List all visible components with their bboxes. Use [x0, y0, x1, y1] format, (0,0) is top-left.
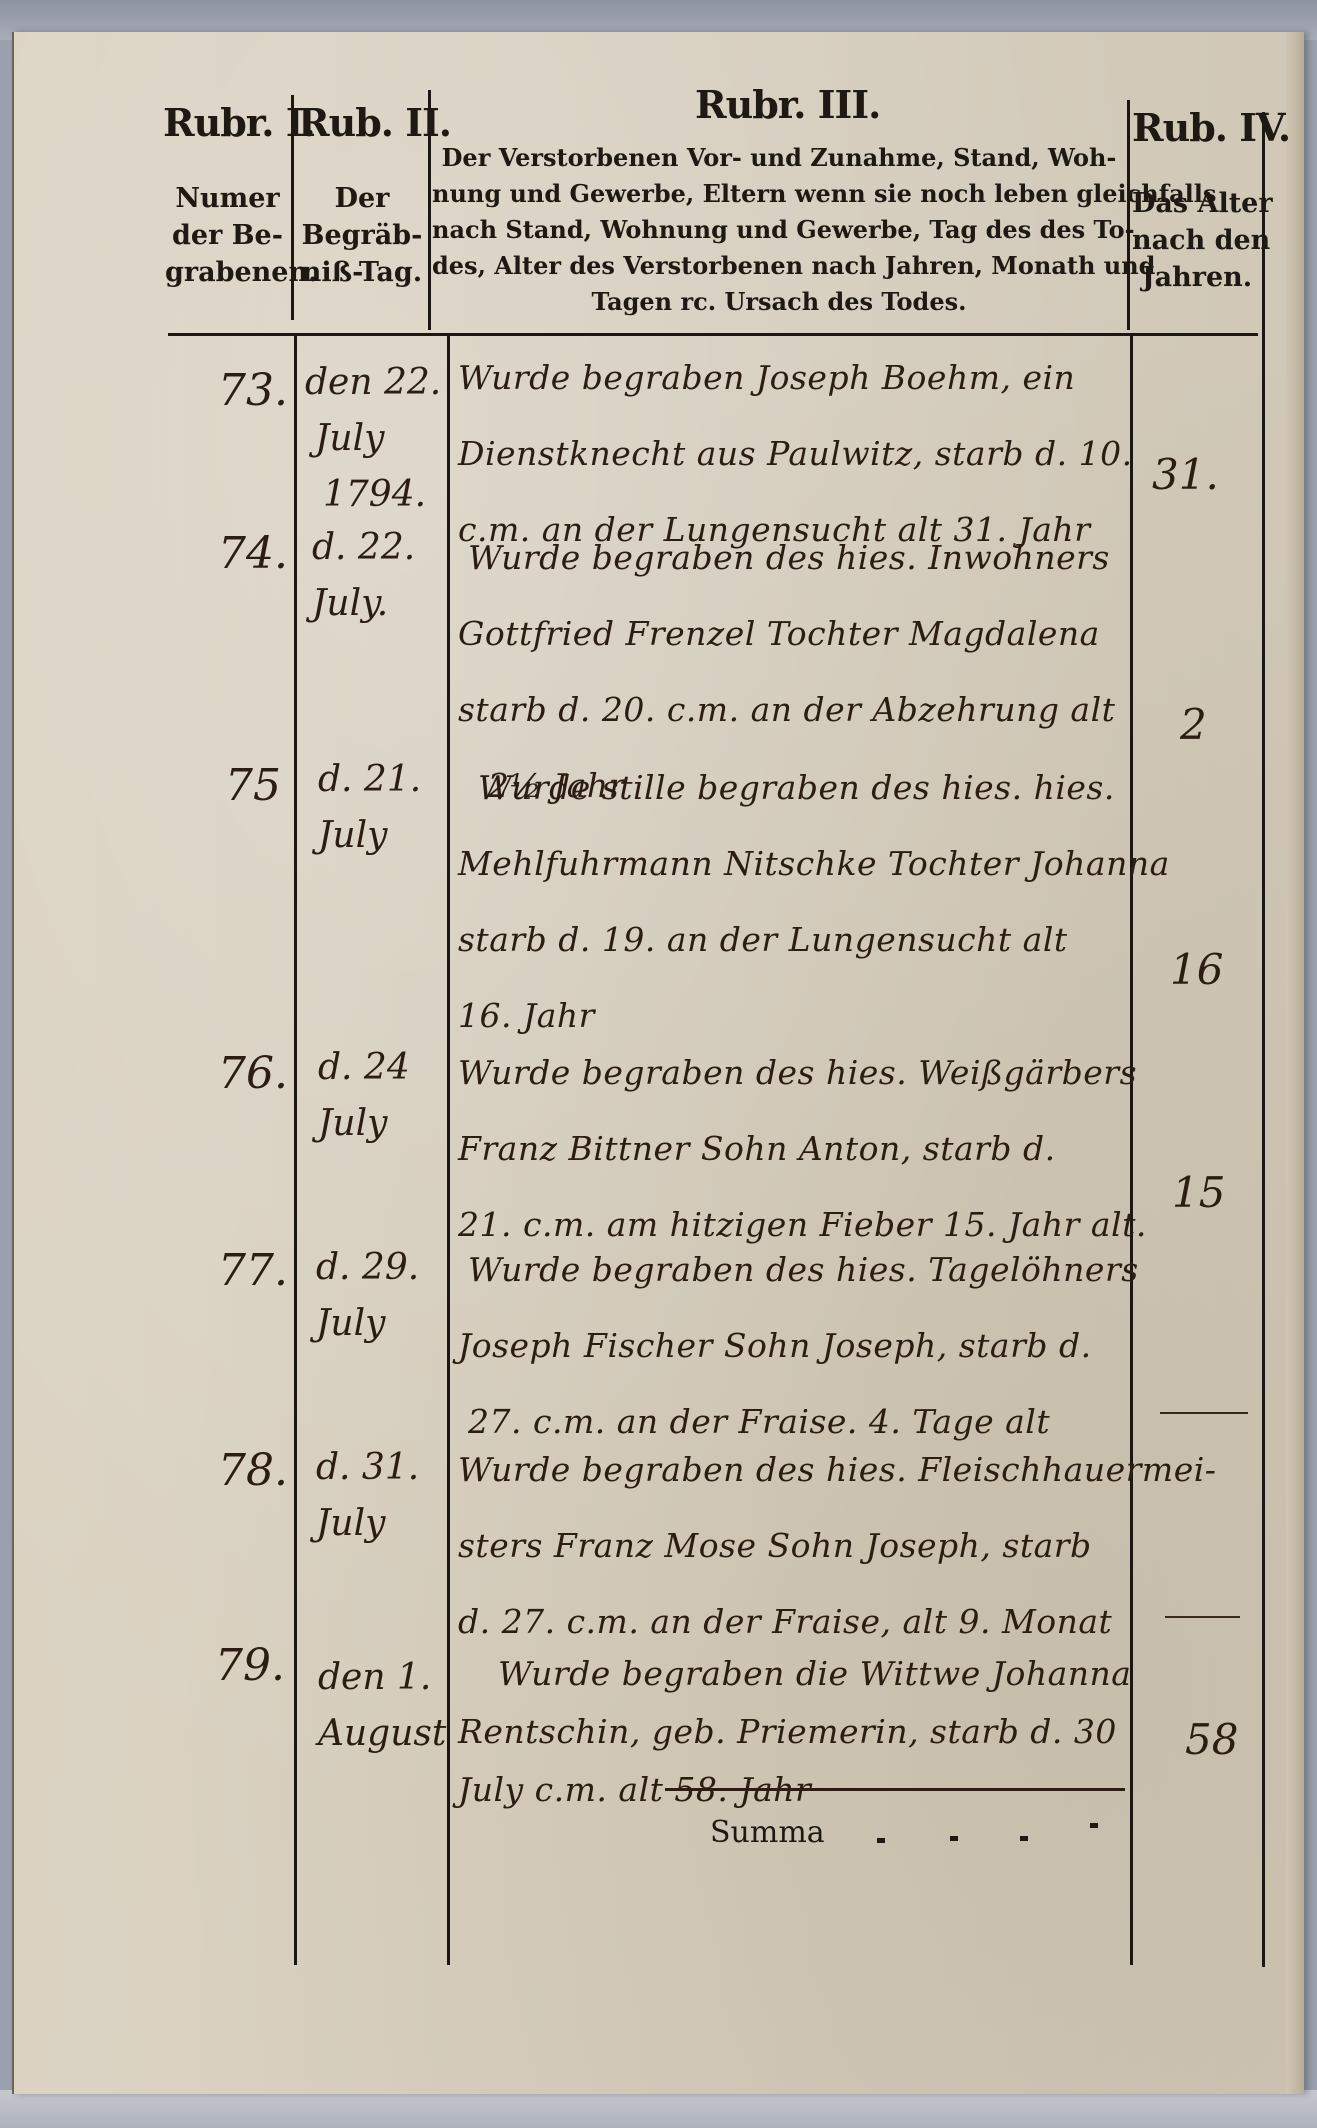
entry-76-age: 15	[1172, 1168, 1225, 1217]
entry-77-number: 77.	[218, 1245, 288, 1296]
summa-dash-4	[1090, 1823, 1098, 1828]
entry-79-text: Wurde begraben die Wittwe Johanna Rentsc…	[458, 1645, 1131, 1819]
rubric-3-label: Rubr. III.	[695, 82, 880, 127]
entry-76-date: d. 24 July	[318, 1040, 410, 1152]
entry-79-age: 58	[1185, 1715, 1238, 1764]
entry-74-number: 74.	[218, 528, 288, 579]
entry-77-date: d. 29. July	[316, 1240, 419, 1352]
entry-74-date: d. 22. July.	[312, 520, 415, 632]
backdrop-bottom	[0, 2090, 1317, 2128]
column-divider-1-2-body	[294, 335, 297, 1965]
entry-75-number: 75	[225, 760, 281, 811]
right-border	[1262, 112, 1265, 1967]
entry-78-date: d. 31. July	[316, 1440, 419, 1552]
rubric-2-title: Der Begräb- niß-Tag.	[298, 180, 426, 291]
entry-75-text: Wurde stille begraben des hies. hies. Me…	[458, 750, 1170, 1054]
entry-76-text: Wurde begraben des hies. Weißgärbers Fra…	[458, 1035, 1147, 1263]
entry-74-age: 2	[1180, 700, 1207, 749]
summa-label: Summa	[710, 1815, 825, 1850]
entry-75-age: 16	[1170, 945, 1223, 994]
rubric-2-label: Rub. II.	[298, 100, 451, 145]
entry-78-age-dash	[1165, 1616, 1240, 1618]
column-divider-2-3-body	[447, 335, 450, 1965]
entry-78-number: 78.	[218, 1445, 288, 1496]
entry-79-date: den 1. August	[318, 1650, 446, 1762]
entry-77-age-dash	[1160, 1412, 1248, 1414]
entry-73-age: 31.	[1152, 450, 1219, 499]
page-edge	[1286, 32, 1304, 2094]
entry-76-number: 76.	[218, 1048, 288, 1099]
rubric-3-title: Der Verstorbenen Vor- und Zunahme, Stand…	[432, 140, 1126, 320]
entry-79-closing-rule	[665, 1788, 1125, 1791]
header-rule	[168, 333, 1258, 336]
entry-79-number: 79.	[215, 1640, 285, 1691]
entry-73-number: 73.	[218, 365, 288, 416]
entry-77-text: Wurde begraben des hies. Tagelöhners Jos…	[458, 1232, 1139, 1460]
summa-dash-1	[877, 1838, 885, 1843]
entry-78-text: Wurde begraben des hies. Fleischhauermei…	[458, 1432, 1216, 1660]
entry-75-date: d. 21. July	[318, 752, 421, 864]
summa-dash-2	[950, 1836, 958, 1841]
rubric-1-label: Rubr. I.	[163, 100, 315, 145]
rubric-4-title: Das Alter nach den Jahren.	[1132, 185, 1262, 296]
entry-73-date: den 22. July 1794.	[305, 355, 441, 523]
rubric-1-title: Numer der Be- grabenen.	[165, 180, 290, 291]
summa-dash-3	[1020, 1836, 1028, 1841]
rubric-4-label: Rub. IV.	[1132, 105, 1290, 150]
